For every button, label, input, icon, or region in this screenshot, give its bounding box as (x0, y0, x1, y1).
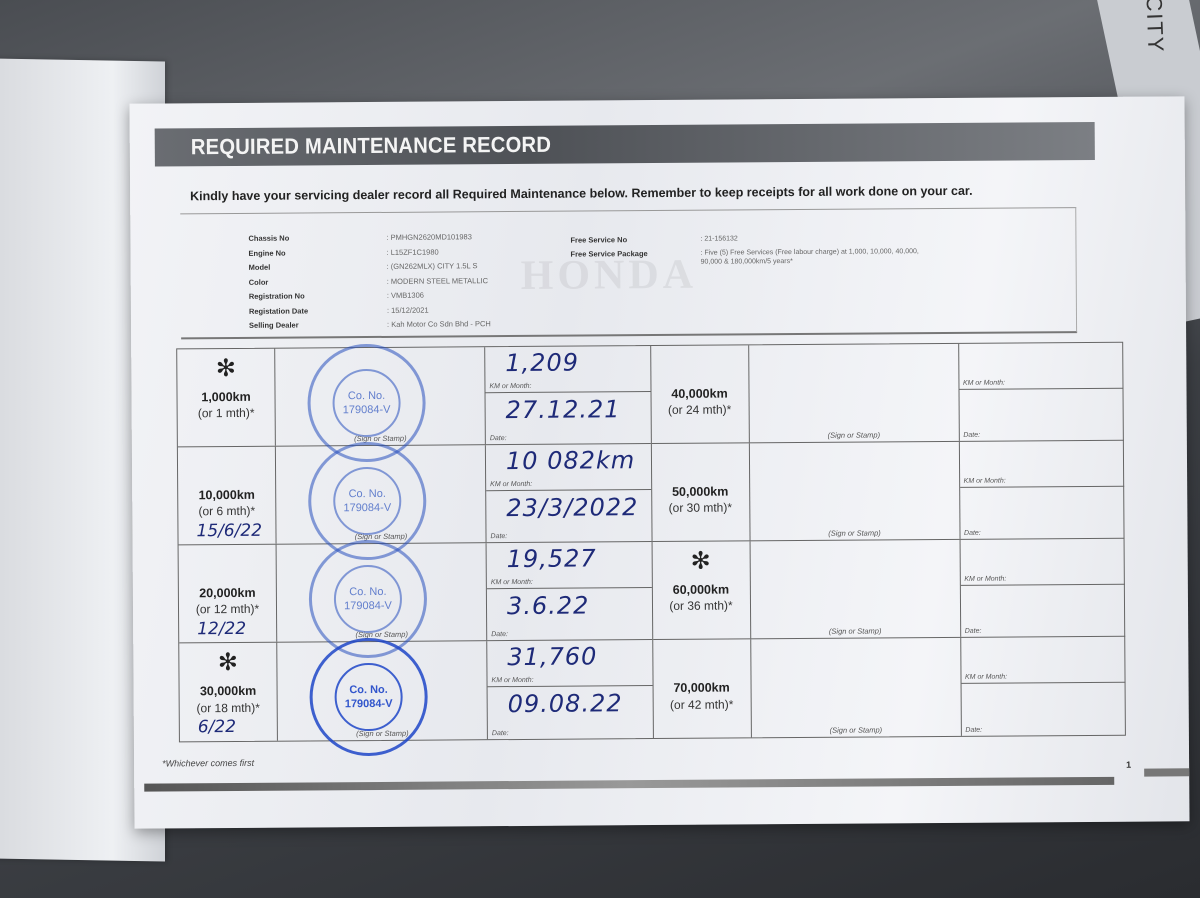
date-field[interactable]: Date: (960, 583, 1125, 637)
interval-km: 10,000km (178, 487, 275, 502)
service-row: 40,000km(or 24 mth)*(Sign or Stamp)KM or… (651, 343, 1124, 444)
interval-km: 20,000km (179, 585, 276, 600)
vehicle-field-value: : VMB1306 (387, 290, 587, 300)
service-interval: 70,000km(or 42 mth)* (653, 639, 752, 738)
stamp-co-no: 179084-V (343, 501, 391, 515)
km-or-month-label: KM or Month: (964, 477, 1006, 484)
booklet-text: CITY (1141, 0, 1169, 54)
date-label: Date: (490, 435, 507, 442)
stamp-co-no: 179084-V (343, 403, 391, 417)
service-row: 10,000km(or 6 mth)*15/6/22Co. No.179084-… (178, 444, 651, 545)
date-field[interactable]: Date: (961, 682, 1126, 736)
service-row: 70,000km(or 42 mth)*(Sign or Stamp)KM or… (653, 637, 1126, 738)
sign-or-stamp-label: (Sign or Stamp) (749, 430, 958, 440)
vehicle-field-value: : 15/12/2021 (387, 304, 587, 314)
date-label: Date: (963, 432, 980, 439)
services-column-left: ✻1,000km(or 1 mth)*Co. No.179084-V(Sign … (177, 346, 652, 741)
service-interval: 40,000km(or 24 mth)* (651, 345, 750, 443)
vehicle-field-value: : L15ZF1C1980 (386, 246, 586, 256)
km-or-month-label: KM or Month: (965, 674, 1007, 681)
date-field[interactable]: 23/3/2022Date: (486, 489, 651, 543)
sign-or-stamp-label: (Sign or Stamp) (750, 528, 959, 538)
km-or-month-label: KM or Month: (489, 383, 531, 390)
asterisk-mark-icon: ✻ (177, 356, 274, 381)
km-or-month-field[interactable]: 31,760KM or Month: (487, 640, 652, 687)
km-or-month-field[interactable]: 10 082kmKM or Month: (486, 444, 651, 491)
vehicle-field-value: : (GN262MLX) CITY 1.5L S (387, 261, 587, 271)
interval-km: 70,000km (653, 681, 750, 696)
free-service-no-label: Free Service No (570, 235, 627, 244)
date-field[interactable]: Date: (959, 387, 1124, 441)
vehicle-field-label: Model (249, 262, 369, 272)
stamp-co-label: Co. No. (348, 389, 385, 403)
intro-text: Kindly have your servicing dealer record… (190, 184, 973, 203)
km-or-month-label: KM or Month: (491, 677, 533, 684)
vehicle-field-label: Color (249, 277, 369, 287)
handwritten-date: 23/3/2022 (506, 493, 638, 522)
date-label: Date: (490, 533, 507, 540)
handwritten-date: 27.12.21 (506, 395, 621, 424)
asterisk-mark-icon: ✻ (652, 549, 749, 574)
interval-km: 1,000km (177, 389, 274, 404)
date-label: Date: (965, 628, 982, 635)
handwritten-date: 09.08.22 (508, 689, 623, 718)
sign-stamp-cell[interactable]: Co. No.179084-V(Sign or Stamp) (277, 641, 488, 740)
handwritten-km: 10 082km (506, 446, 635, 475)
interval-months: (or 24 mth)* (651, 403, 748, 418)
sign-stamp-cell[interactable]: (Sign or Stamp) (750, 540, 961, 638)
stamp-co-label: Co. No. (349, 487, 386, 501)
stamp-co-no: 179084-V (345, 697, 393, 711)
date-label: Date: (492, 730, 509, 737)
interval-months: (or 12 mth)* (179, 602, 276, 617)
free-service-package-value: : Five (5) Free Services (Free labour ch… (701, 247, 941, 267)
vehicle-field-label: Registation Date (249, 306, 369, 316)
interval-km: 60,000km (652, 582, 749, 597)
sign-or-stamp-label: (Sign or Stamp) (278, 728, 487, 738)
date-field[interactable]: 27.12.21Date: (486, 391, 651, 445)
date-label: Date: (964, 530, 981, 537)
handwritten-km: 19,527 (507, 544, 597, 573)
handwritten-note: 15/6/22 (196, 520, 262, 540)
service-interval: 20,000km(or 12 mth)*12/22 (179, 545, 278, 643)
handwritten-km: 31,760 (507, 642, 597, 671)
service-row: ✻30,000km(or 18 mth)*6/22Co. No.179084-V… (179, 640, 652, 741)
date-label: Date: (965, 727, 982, 734)
service-interval: ✻30,000km(or 18 mth)*6/22 (179, 643, 278, 742)
sign-stamp-cell[interactable]: Co. No.179084-V(Sign or Stamp) (275, 347, 486, 445)
stamp-co-label: Co. No. (349, 585, 386, 599)
service-interval: ✻60,000km(or 36 mth)* (652, 541, 751, 639)
km-or-month-field[interactable]: KM or Month: (959, 343, 1124, 390)
handwritten-note: 6/22 (198, 717, 236, 737)
date-label: Date: (491, 631, 508, 638)
asterisk-mark-icon: ✻ (179, 651, 276, 676)
handwritten-km: 1,209 (505, 349, 579, 378)
footer-band (144, 777, 1114, 792)
sign-stamp-cell[interactable]: Co. No.179084-V(Sign or Stamp) (277, 543, 488, 641)
service-interval: ✻1,000km(or 1 mth)* (177, 349, 276, 447)
service-row: 50,000km(or 30 mth)*(Sign or Stamp)KM or… (651, 441, 1124, 542)
service-row: 20,000km(or 12 mth)*12/22Co. No.179084-V… (179, 542, 652, 643)
date-field[interactable]: Date: (960, 485, 1125, 539)
sign-stamp-cell[interactable]: (Sign or Stamp) (749, 344, 960, 442)
services-column-right: 40,000km(or 24 mth)*(Sign or Stamp)KM or… (650, 343, 1126, 738)
handwritten-date: 3.6.22 (507, 591, 590, 620)
interval-months: (or 42 mth)* (653, 697, 750, 712)
km-or-month-field[interactable]: KM or Month: (960, 539, 1125, 586)
km-or-month-field[interactable]: 1,209KM or Month: (485, 346, 650, 393)
km-or-month-field[interactable]: 19,527KM or Month: (487, 542, 652, 589)
stamp-co-label: Co. No. (349, 683, 388, 697)
km-or-month-label: KM or Month: (491, 578, 533, 585)
service-row: ✻60,000km(or 36 mth)*(Sign or Stamp)KM o… (652, 539, 1125, 640)
vehicle-field-value: : MODERN STEEL METALLIC (387, 275, 587, 285)
free-service-no-value: : 21-156132 (700, 233, 940, 244)
free-service-package-label: Free Service Package (571, 249, 648, 259)
date-field[interactable]: 09.08.22Date: (488, 685, 653, 739)
page-number: 1 (1126, 760, 1131, 770)
sign-or-stamp-label: (Sign or Stamp) (277, 629, 486, 639)
interval-months: (or 6 mth)* (178, 504, 275, 519)
handwritten-note: 12/22 (197, 619, 246, 639)
footnote: *Whichever comes first (162, 758, 254, 769)
service-interval: 10,000km(or 6 mth)*15/6/22 (178, 447, 277, 545)
maintenance-table: ✻1,000km(or 1 mth)*Co. No.179084-V(Sign … (176, 342, 1126, 743)
km-or-month-label: KM or Month: (964, 575, 1006, 582)
vehicle-field-value: : Kah Motor Co Sdn Bhd - PCH (387, 319, 587, 329)
sign-or-stamp-label: (Sign or Stamp) (276, 433, 485, 443)
interval-km: 50,000km (652, 484, 749, 499)
sign-or-stamp-label: (Sign or Stamp) (276, 531, 485, 541)
maintenance-record-page: REQUIRED MAINTENANCE RECORD Kindly have … (129, 96, 1189, 828)
header-band: REQUIRED MAINTENANCE RECORD (155, 122, 1095, 167)
km-or-month-label: KM or Month: (490, 480, 532, 487)
page-title: REQUIRED MAINTENANCE RECORD (191, 132, 551, 161)
vehicle-details: HONDA Chassis No: PMHGN2620MD101983Engin… (180, 207, 1077, 339)
interval-months: (or 30 mth)* (652, 501, 749, 516)
interval-km: 30,000km (180, 684, 277, 699)
km-or-month-label: KM or Month: (963, 379, 1005, 386)
service-row: ✻1,000km(or 1 mth)*Co. No.179084-V(Sign … (177, 346, 650, 447)
vehicle-field-label: Registration No (249, 291, 369, 301)
interval-months: (or 1 mth)* (178, 406, 275, 421)
vehicle-field-label: Engine No (248, 248, 368, 258)
service-interval: 50,000km(or 30 mth)* (651, 443, 750, 541)
sign-or-stamp-label: (Sign or Stamp) (751, 725, 960, 735)
interval-km: 40,000km (651, 386, 748, 401)
interval-months: (or 36 mth)* (652, 599, 749, 614)
sign-or-stamp-label: (Sign or Stamp) (751, 626, 960, 636)
sign-stamp-cell[interactable]: (Sign or Stamp) (749, 442, 960, 540)
footer-band-right (1144, 768, 1189, 776)
vehicle-field-label: Chassis No (248, 233, 368, 243)
km-or-month-field[interactable]: KM or Month: (959, 441, 1124, 488)
stamp-co-no: 179084-V (344, 599, 392, 613)
vehicle-field-label: Selling Dealer (249, 320, 369, 330)
dealer-stamp: Co. No.179084-V (309, 638, 428, 757)
sign-stamp-cell[interactable]: (Sign or Stamp) (751, 638, 962, 737)
km-or-month-field[interactable]: KM or Month: (961, 637, 1126, 684)
interval-months: (or 18 mth)* (180, 700, 277, 715)
sign-stamp-cell[interactable]: Co. No.179084-V(Sign or Stamp) (276, 445, 487, 543)
date-field[interactable]: 3.6.22Date: (487, 587, 652, 641)
vehicle-field-value: : PMHGN2620MD101983 (386, 232, 586, 242)
